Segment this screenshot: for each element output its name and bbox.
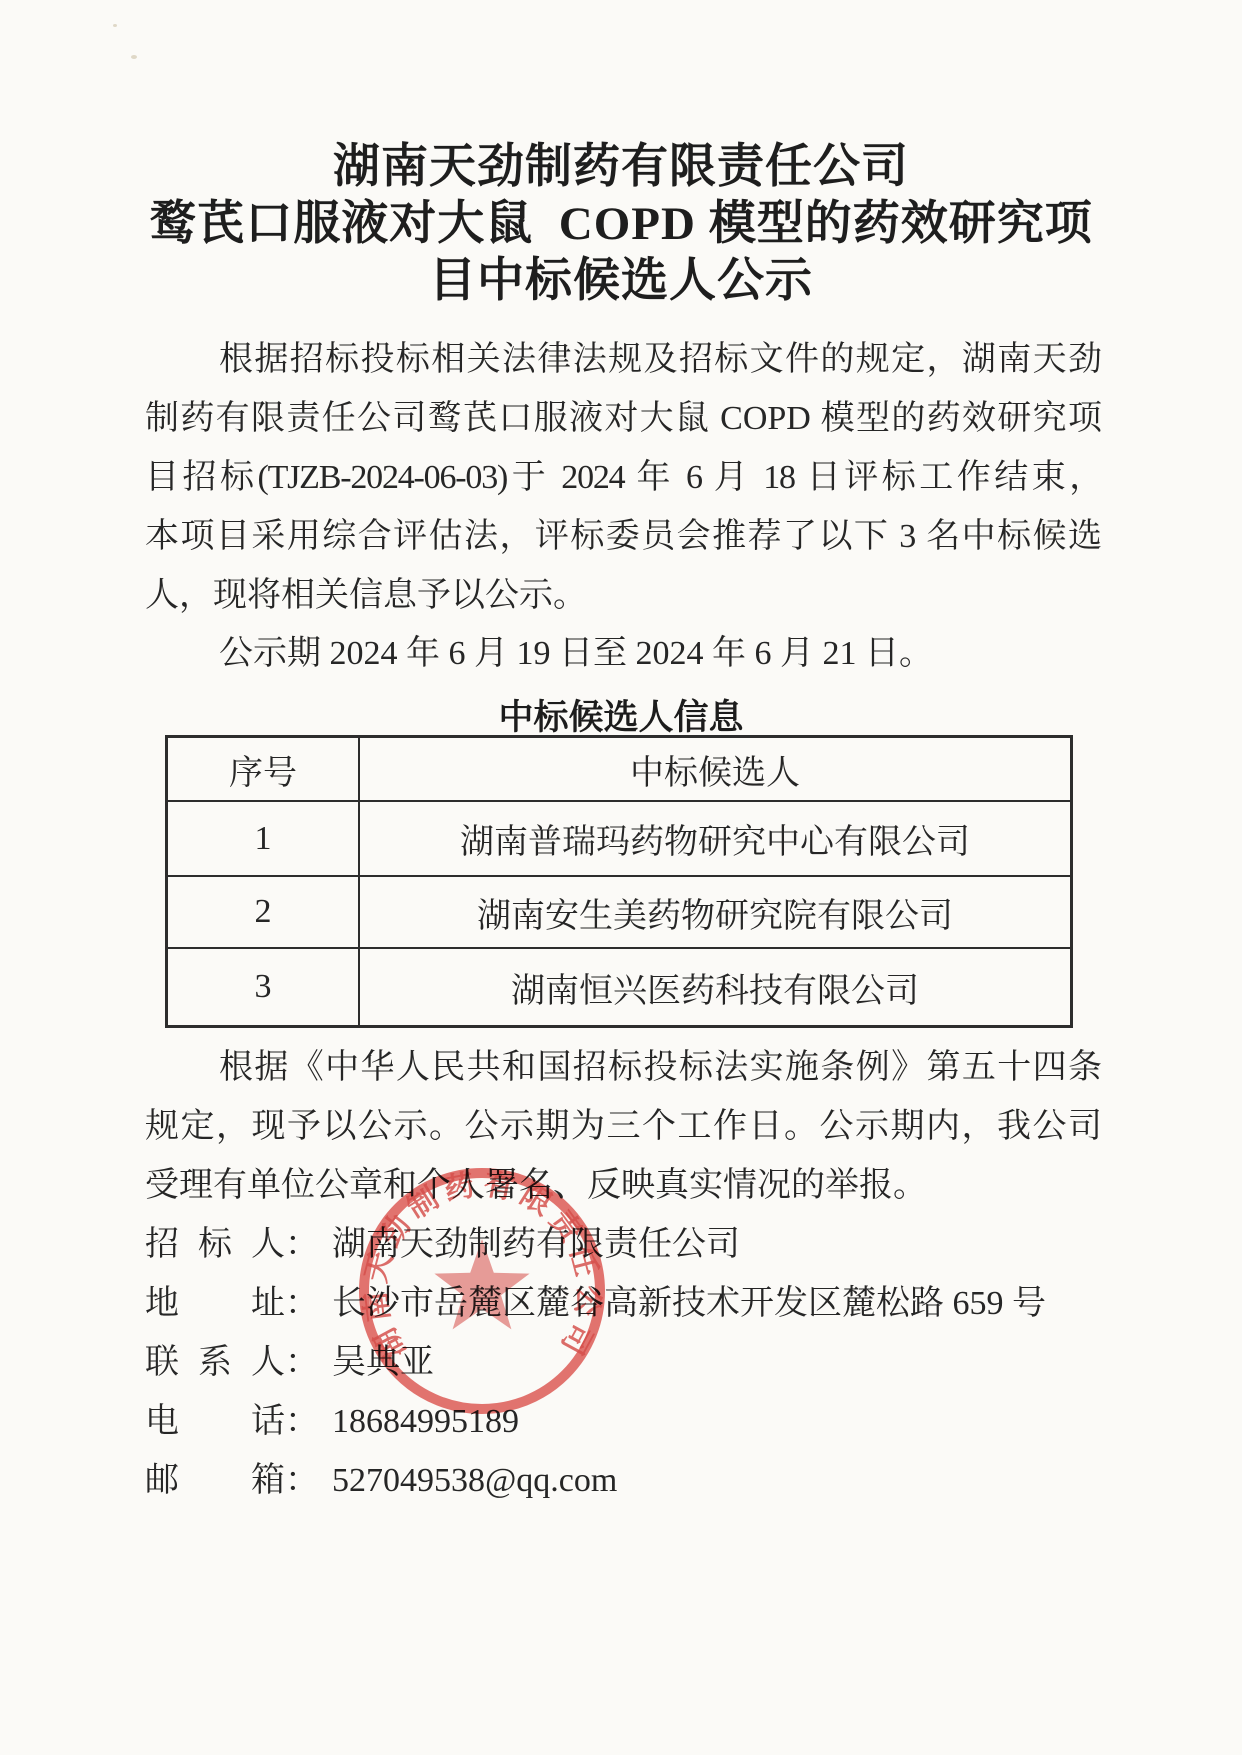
contact-line-phone: 电话：18684995189 (145, 1392, 1102, 1451)
intro-line: 目招标(TJZB-2024-06-03)于 2024 年 6 月 18 日评标工… (145, 448, 1102, 507)
contact-line-address: 地址：长沙市岳麓区麓谷高新技术开发区麓松路 659 号 (145, 1274, 1102, 1333)
cell-name: 湖南安生美药物研究院有限公司 (358, 875, 1070, 947)
header-cell-candidate: 中标候选人 (358, 738, 1070, 800)
scan-speck (113, 24, 117, 27)
legal-and-contacts: 根据《中华人民共和国招标投标法实施条例》第五十四条 规定，现予以公示。公示期为三… (145, 1038, 1102, 1510)
contact-value: 湖南天劲制药有限责任公司 (332, 1226, 740, 1263)
document-page: 湖南天劲制药有限责任公司 鹜芪口服液对大鼠 COPD 模型的药效研究项 目中标候… (0, 0, 1242, 1755)
contact-label: 联系人 (145, 1333, 285, 1392)
cell-name: 湖南恒兴医药科技有限公司 (358, 947, 1070, 1025)
contact-line-email: 邮箱：527049538@qq.com (145, 1451, 1102, 1510)
contact-colon: ： (285, 1344, 319, 1381)
legal-line: 受理有单位公章和个人署名、反映真实情况的举报。 (145, 1156, 1102, 1215)
cell-index: 2 (168, 875, 358, 947)
title-line-3: 目中标候选人公示 (0, 253, 1242, 310)
contact-value: 长沙市岳麓区麓谷高新技术开发区麓松路 659 号 (332, 1285, 1046, 1322)
cell-index: 3 (168, 947, 358, 1025)
contact-colon: ： (285, 1462, 319, 1499)
title-line-1: 湖南天劲制药有限责任公司 (0, 139, 1242, 196)
contact-label: 招标人 (145, 1215, 285, 1274)
intro-line: 制药有限责任公司鹜芪口服液对大鼠 COPD 模型的药效研究项 (145, 389, 1102, 448)
contact-label: 邮箱 (145, 1451, 285, 1510)
contact-colon: ： (285, 1226, 319, 1263)
contact-value: 527049538@qq.com (332, 1462, 617, 1499)
contact-label: 电话 (145, 1392, 285, 1451)
intro-line: 人，现将相关信息予以公示。 (145, 566, 1102, 625)
contact-line-tenderer: 招标人：湖南天劲制药有限责任公司 (145, 1215, 1102, 1274)
contact-value: 18684995189 (332, 1403, 519, 1440)
legal-line: 根据《中华人民共和国招标投标法实施条例》第五十四条 (145, 1038, 1102, 1097)
cell-index: 1 (168, 800, 358, 875)
contact-label: 地址 (145, 1274, 285, 1333)
intro-line: 根据招标投标相关法律法规及招标文件的规定，湖南天劲 (145, 330, 1102, 389)
legal-line: 规定，现予以公示。公示期为三个工作日。公示期内，我公司 (145, 1097, 1102, 1156)
publicity-period-line: 公示期 2024 年 6 月 19 日至 2024 年 6 月 21 日。 (145, 624, 1102, 683)
contact-line-person: 联系人：吴典亚 (145, 1333, 1102, 1392)
contact-value: 吴典亚 (332, 1344, 434, 1381)
table-caption: 中标候选人信息 (0, 690, 1242, 740)
candidates-table: 序号 中标候选人 1 湖南普瑞玛药物研究中心有限公司 2 湖南安生美药物研究院有… (165, 735, 1073, 1028)
scan-speck (131, 55, 137, 59)
header-cell-index: 序号 (168, 738, 358, 800)
document-title: 湖南天劲制药有限责任公司 鹜芪口服液对大鼠 COPD 模型的药效研究项 目中标候… (0, 139, 1242, 310)
cell-name: 湖南普瑞玛药物研究中心有限公司 (358, 800, 1070, 875)
intro-line: 本项目采用综合评估法，评标委员会推荐了以下 3 名中标候选 (145, 507, 1102, 566)
intro-paragraph: 根据招标投标相关法律法规及招标文件的规定，湖南天劲 制药有限责任公司鹜芪口服液对… (145, 330, 1102, 625)
contact-colon: ： (285, 1403, 319, 1440)
contact-colon: ： (285, 1285, 319, 1322)
title-line-2: 鹜芪口服液对大鼠 COPD 模型的药效研究项 (0, 196, 1242, 253)
